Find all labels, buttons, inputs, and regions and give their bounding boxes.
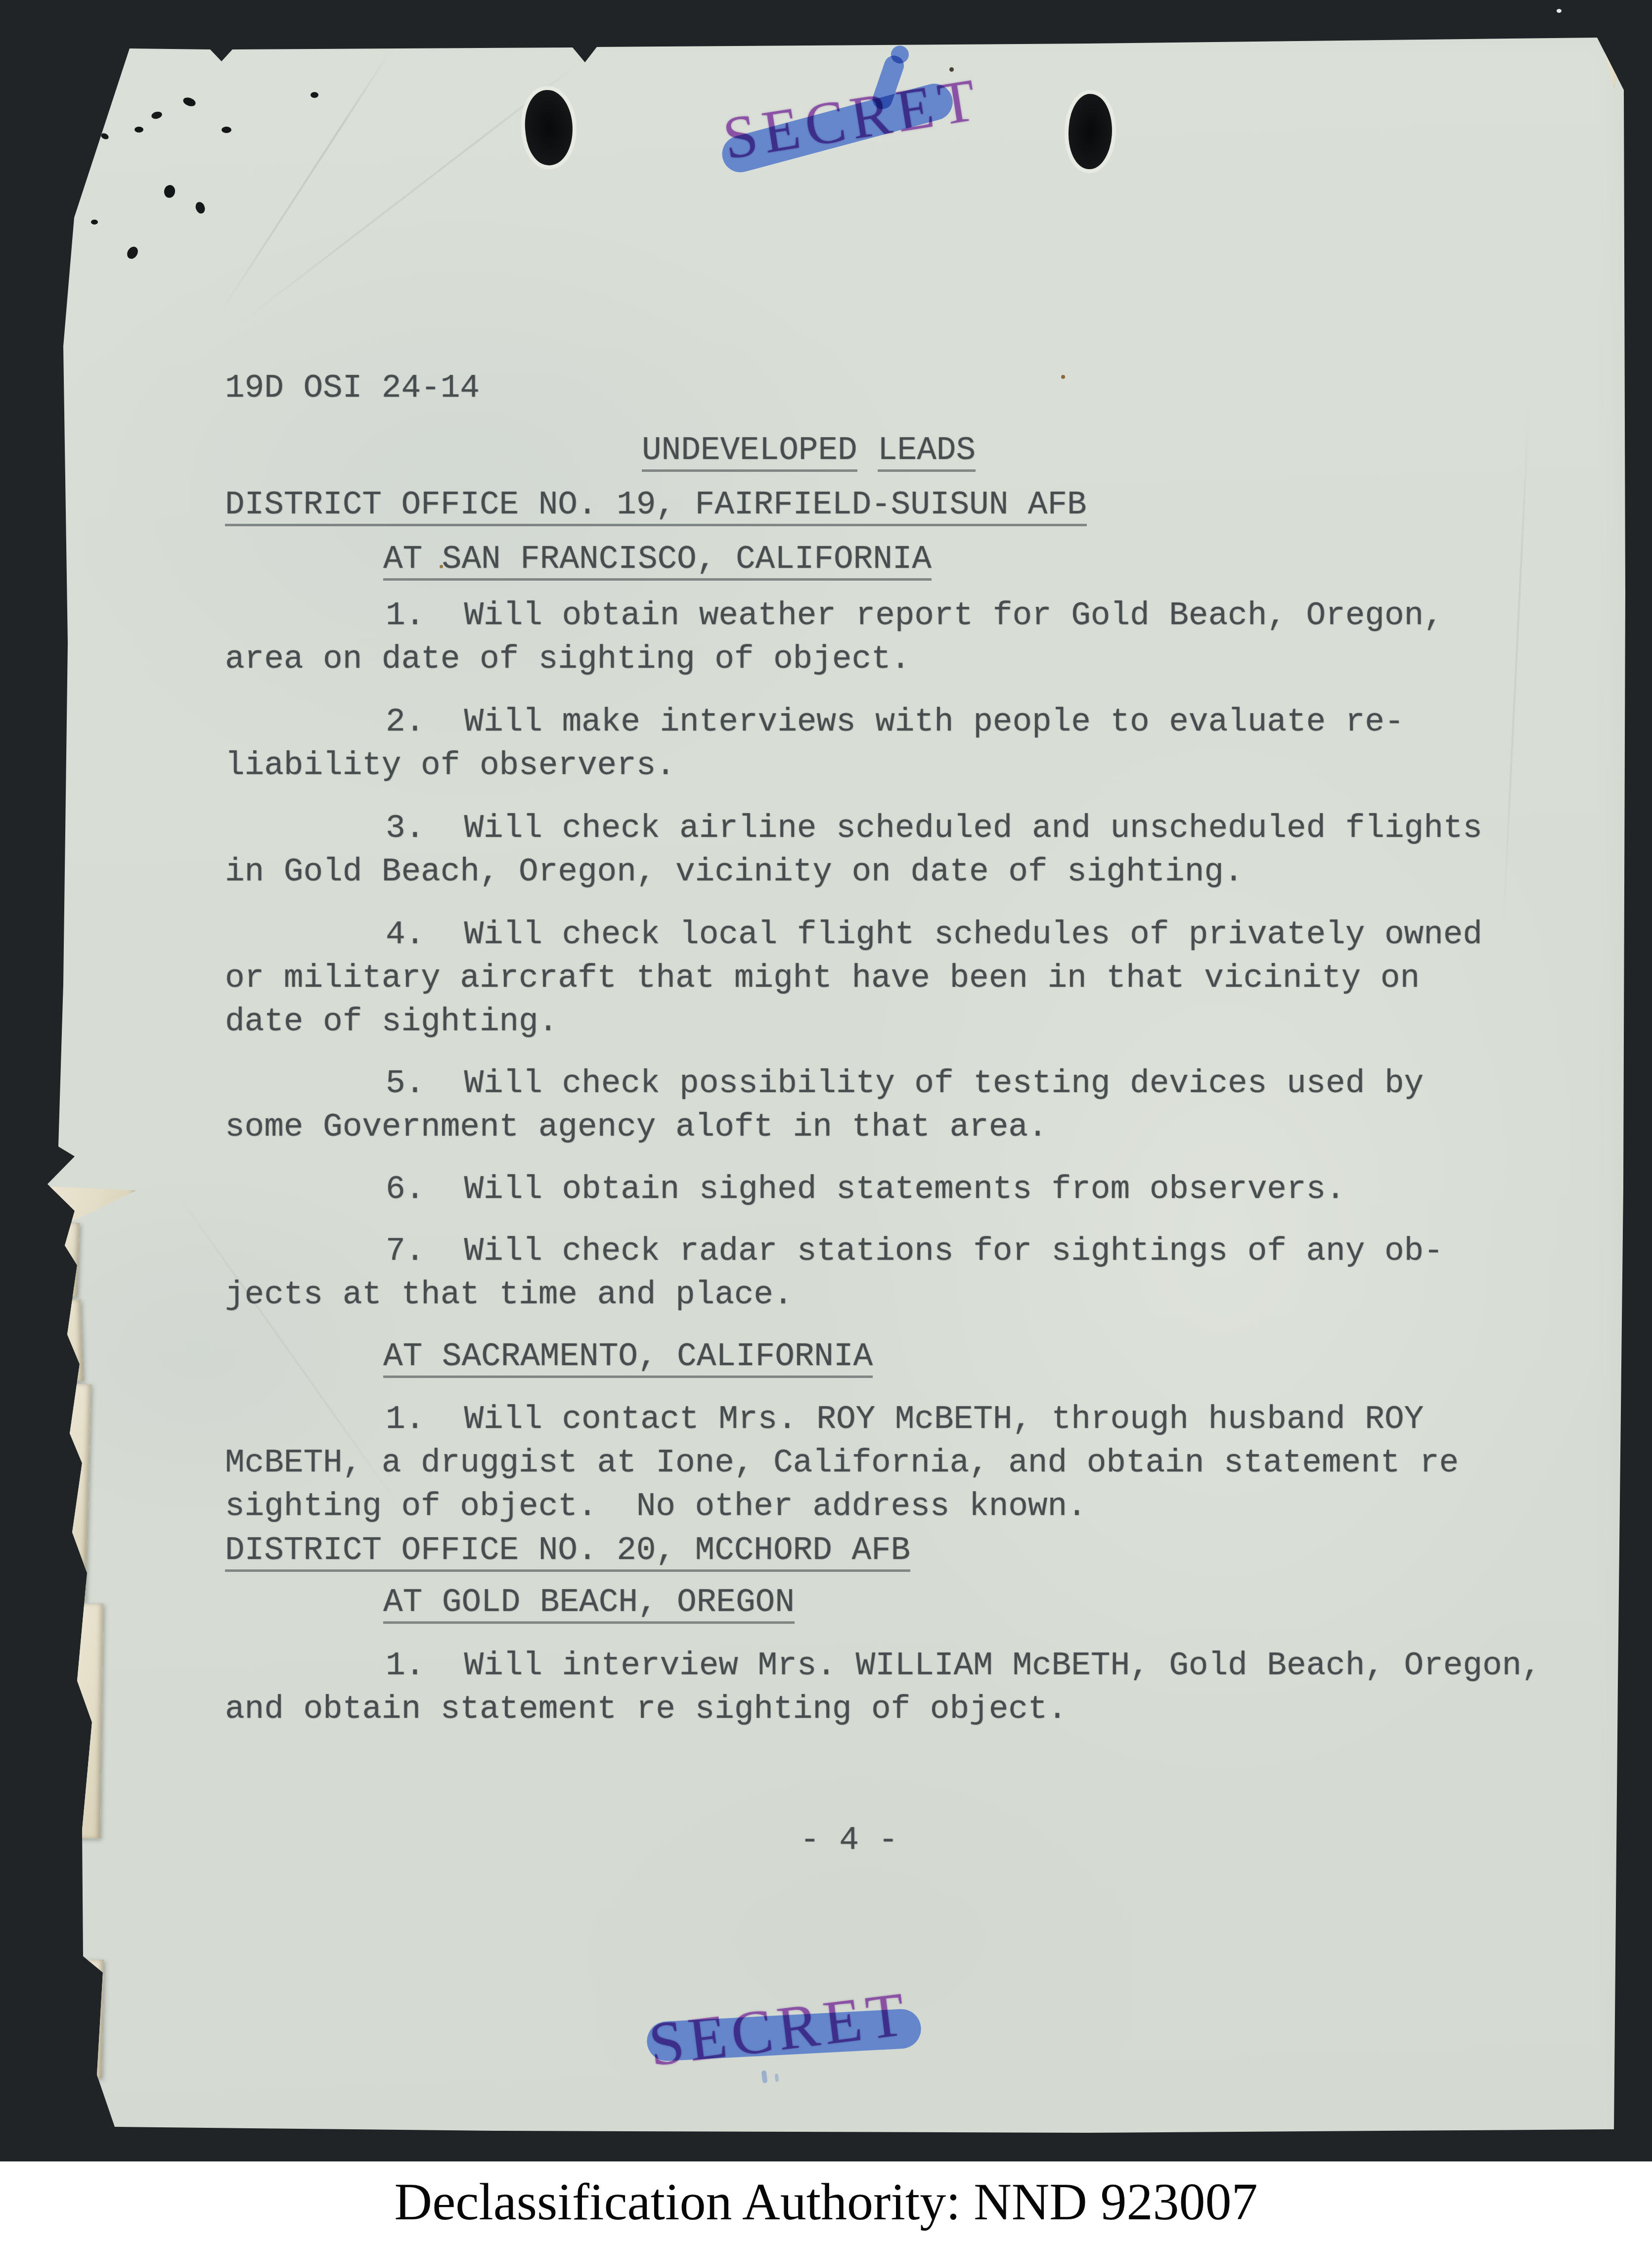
secret-stamp-bottom: SECRET <box>645 1979 909 2084</box>
list-item-line: area on date of sighting of object. <box>225 643 910 676</box>
list-item-line: in Gold Beach, Oregon, vicinity on date … <box>225 856 1244 888</box>
list-item-line: 1. Will contact Mrs. ROY McBETH, through… <box>386 1403 1424 1436</box>
list-item-line: 1. Will obtain weather report for Gold B… <box>386 599 1443 632</box>
doc-title-word: UNDEVELOPED <box>642 434 857 472</box>
doc-title-word: LEADS <box>878 434 976 472</box>
scanned-document-background: SECRET 19D OSI 24-14 UNDEVELOPED LEADS D… <box>0 0 1652 2248</box>
torn-edge-flap <box>71 1604 104 1839</box>
dust-speck <box>1557 9 1562 13</box>
list-item-line: or military aircraft that might have bee… <box>225 962 1420 995</box>
list-item-line: 4. Will check local flight schedules of … <box>386 918 1482 951</box>
list-item-line: 3. Will check airline scheduled and unsc… <box>386 812 1482 845</box>
torn-edge-flap <box>63 1299 84 1381</box>
torn-edge-flap <box>47 1182 136 1224</box>
staple-mark <box>134 127 143 133</box>
list-item-line: sighting of object. No other address kno… <box>225 1490 1087 1523</box>
list-item-line: 5. Will check possibility of testing dev… <box>386 1067 1424 1100</box>
list-item-line: McBETH, a druggist at Ione, California, … <box>225 1447 1459 1479</box>
secret-stamp-top: SECRET <box>718 66 979 179</box>
section-heading-district-20: DISTRICT OFFICE NO. 20, MCCHORD AFB <box>225 1534 910 1572</box>
torn-edge-flap <box>63 1383 91 1602</box>
staple-mark <box>100 132 109 140</box>
staple-mark <box>182 96 197 108</box>
list-item-line: jects at that time and place. <box>225 1279 793 1311</box>
declassification-text: Declassification Authority: NND 923007 <box>395 2172 1258 2232</box>
page-number: - 4 - <box>800 1824 898 1857</box>
torn-edge-flap <box>1601 39 1625 88</box>
subsection-heading-gold-beach: AT GOLD BEACH, OREGON <box>383 1586 795 1624</box>
paper-speck <box>1061 375 1065 379</box>
list-item-line: date of sighting. <box>225 1006 558 1038</box>
section-heading-district-19: DISTRICT OFFICE NO. 19, FAIRFIELD-SUISUN… <box>225 489 1087 526</box>
subsection-heading-sacramento: AT SACRAMENTO, CALIFORNIA <box>383 1340 873 1378</box>
staple-mark <box>151 110 163 120</box>
staple-mark <box>91 220 98 225</box>
blue-marker-drip <box>774 2073 779 2082</box>
torn-edge-flap <box>82 1960 104 2079</box>
list-item-line: 7. Will check radar stations for sightin… <box>386 1235 1443 1268</box>
staple-mark <box>194 201 206 215</box>
list-item-line: 2. Will make interviews with people to e… <box>386 706 1404 738</box>
punch-hole-right <box>1066 92 1115 171</box>
list-item-line: 1. Will interview Mrs. WILLIAM McBETH, G… <box>386 1650 1541 1682</box>
declassification-footer: Declassification Authority: NND 923007 <box>0 2161 1652 2248</box>
document-page: SECRET 19D OSI 24-14 UNDEVELOPED LEADS D… <box>0 0 1652 2248</box>
crease-line <box>1502 404 1530 936</box>
staple-mark <box>311 92 318 98</box>
staple-mark <box>163 184 176 198</box>
list-item-line: and obtain statement re sighting of obje… <box>225 1693 1067 1726</box>
list-item-line: liability of observers. <box>225 749 675 782</box>
list-item-line: some Government agency aloft in that are… <box>225 1111 1047 1144</box>
subsection-heading-san-francisco: AT SAN FRANCISCO, CALIFORNIA <box>383 543 932 581</box>
staple-mark <box>222 127 231 133</box>
list-item-line: 6. Will obtain sighed statements from ob… <box>386 1173 1345 1206</box>
doc-reference: 19D OSI 24-14 <box>225 372 480 405</box>
blue-marker-drip <box>761 2070 767 2083</box>
staple-mark <box>125 245 140 261</box>
torn-edge-flap <box>60 1222 80 1297</box>
